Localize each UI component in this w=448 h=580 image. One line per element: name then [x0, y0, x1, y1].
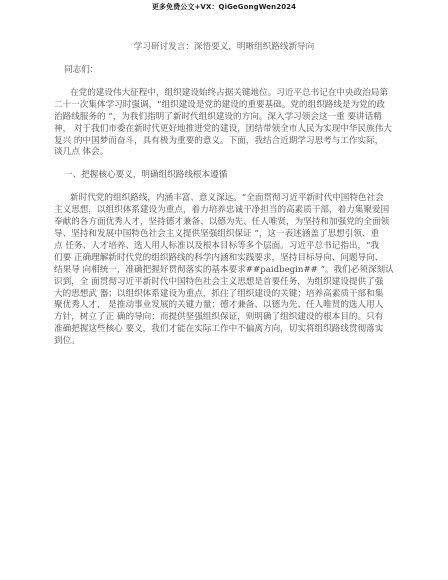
text-line: 们要 正确理解新时代党的组织路线的科学内涵和实践要求，坚持目标导向、问题导向、 [54, 253, 388, 265]
greeting: 同志们： [64, 65, 388, 77]
text-line: 主义思想，以组织体系建设为重点，着力培养忠诚干净担当的高素质干部，着力集聚爱国 [54, 205, 388, 217]
text-line: 准确把握这些核心 要义，我们才能在实际工作中不偏离方向，切实将组织路线贯彻落实 [54, 324, 388, 336]
text-line: 谈几点 体会。 [54, 147, 388, 159]
text-line: 二十一次集体学习时强调，“组织建设是党的建设的重要基础。党的组织路线是为党的政 [54, 100, 388, 112]
text-line: 到位。 [54, 336, 388, 348]
intro-paragraph: 在党的建设伟大征程中，组织建设始终占据关键地位。习近平总书记在中央政治局第 二十… [54, 88, 388, 159]
text-line: 识到，全 面贯彻习近平新时代中国特色社会主义思想是首要任务，为组织建设提供了强 [54, 277, 388, 289]
text-line: 大的思想武 器；以组织体系建设为重点，抓住了组织建设的关键；培养高素质干部和集 [54, 289, 388, 301]
document-body: 同志们： 在党的建设伟大征程中，组织建设始终占据关键地位。习近平总书记在中央政治… [64, 65, 388, 359]
text-line: 结果导 向相统一，准确把握好贯彻落实的基本要求##paidbegin## ”。我… [54, 265, 388, 277]
text-line: 神， 对于我们市委在新时代更好地推进党的建设，团结带领全市人民为实现中华民族伟大 [54, 124, 388, 136]
text-line: 治路线服务的 ”，为我们指明了新时代组织建设的方向。深入学习领会这一重 要讲话精 [54, 112, 388, 124]
watermark-header: 更多免费公文+VX：QiGeGongWen2024 [0, 2, 448, 12]
section-paragraph: 新时代党的组织路线，内涵丰富、意义深远。“全面贯彻习近平新时代中国特色社会 主义… [54, 193, 388, 348]
text-line: 新时代党的组织路线，内涵丰富、意义深远。“全面贯彻习近平新时代中国特色社会 [54, 193, 388, 205]
text-line: 导、坚持和发展中国特色社会主义提供坚强组织保证 ”，这一表述涵盖了思想引领、重 [54, 229, 388, 241]
document-title: 学习研讨发言：深悟要义，明晰组织路线新导向 [0, 40, 448, 52]
text-line: 方针，树立了正 确的导向；而提供坚强组织保证，则明确了组织建设的根本目的。只有 [54, 312, 388, 324]
text-line: 聚优秀人才， 是推动事业发展的关键力量；德才兼备、以德为先、任人唯贤的选人用人 [54, 300, 388, 312]
text-line: 复兴 的中国梦而奋斗，具有极为重要的意义。下面，我结合近期学习思考与工作实际， [54, 136, 388, 148]
text-line: 在党的建设伟大征程中，组织建设始终占据关键地位。习近平总书记在中央政治局第 [54, 88, 388, 100]
text-line: 点 任务、人才培养、选人用人标准以及根本目标等多个层面。习近平总书记指出，“我 [54, 241, 388, 253]
text-line: 奉献的各方面优秀人才，坚持德才兼备、以德为先、任人唯贤，为坚持和加强党的全面领 [54, 217, 388, 229]
section-heading: 一、把握核心要义，明确组织路线根本遵循 [64, 170, 388, 182]
